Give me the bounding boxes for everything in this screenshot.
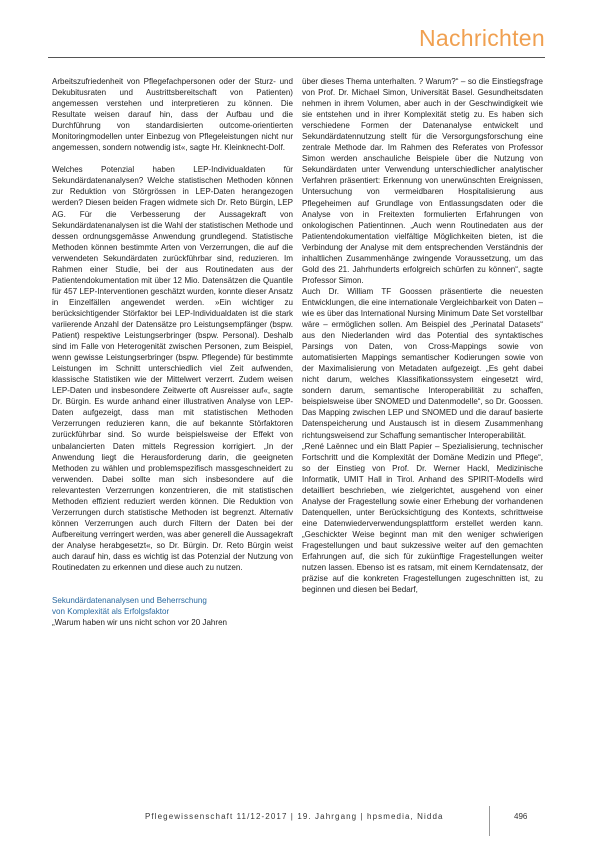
subheading-line: Sekundärdatenanalysen und Beherrschung <box>52 596 207 605</box>
publication-info: Pflegewissenschaft 11/12-2017 | 19. Jahr… <box>145 812 444 821</box>
body-paragraph: „René Laënnec und ein Blatt Papier – Spe… <box>302 441 543 596</box>
body-paragraph: Auch Dr. William TF Goossen präsentierte… <box>302 286 543 441</box>
body-paragraph: Welches Potenzial haben LEP-Individualda… <box>52 164 293 573</box>
body-paragraph: „Warum haben wir uns nicht schon vor 20 … <box>52 617 293 628</box>
body-paragraph: Arbeitszufriedenheit von Pflegefachperso… <box>52 76 293 153</box>
footer-divider <box>489 806 490 836</box>
subheading: Sekundärdatenanalysen und Beherrschung v… <box>52 595 293 617</box>
header-divider <box>48 57 545 58</box>
section-title: Nachrichten <box>419 25 545 52</box>
body-paragraph: über dieses Thema unterhalten. ? Warum?“… <box>302 76 543 286</box>
page-number: 496 <box>514 812 527 821</box>
left-column: Arbeitszufriedenheit von Pflegefachperso… <box>52 76 293 628</box>
right-column: über dieses Thema unterhalten. ? Warum?“… <box>302 76 543 595</box>
subheading-line: von Komplexität als Erfolgsfaktor <box>52 607 169 616</box>
